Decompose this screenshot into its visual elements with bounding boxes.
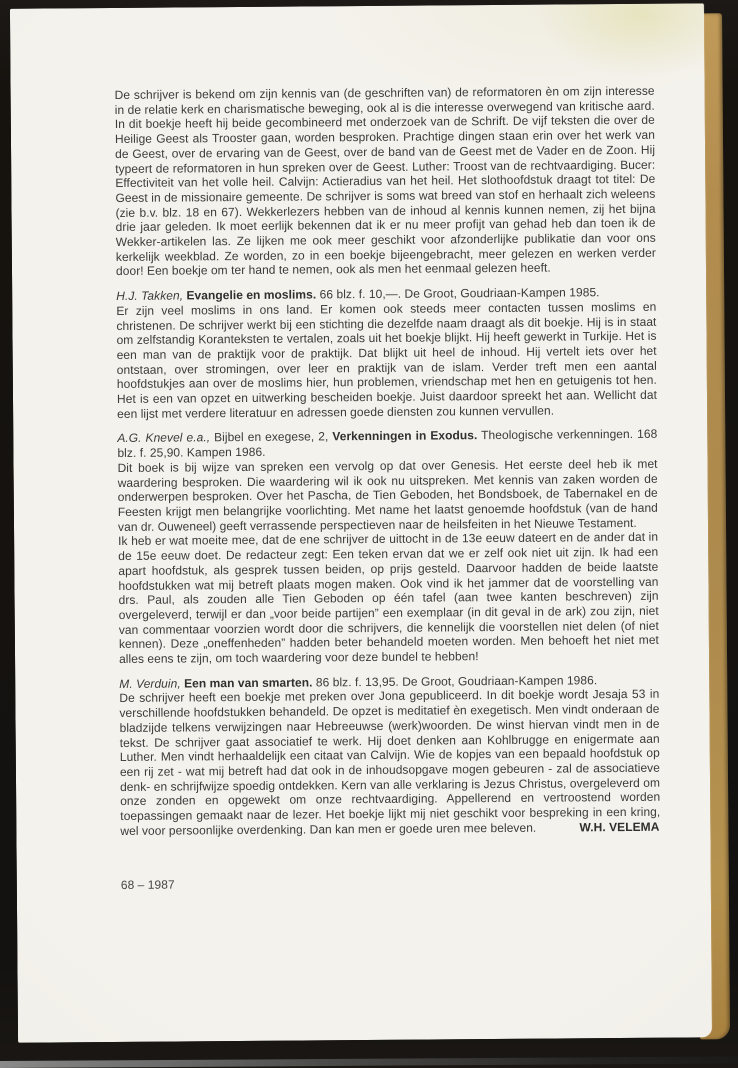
review-author: A.G. Knevel e.a., [117, 431, 210, 446]
review-header: A.G. Knevel e.a., Bijbel en exegese, 2, … [117, 427, 657, 461]
text-column: De schrijver is bekend om zijn kennis va… [115, 84, 661, 893]
review-author: M. Verduin, [119, 676, 181, 690]
book-page: De schrijver is bekend om zijn kennis va… [10, 3, 712, 1042]
photo-bottom-edge [0, 1056, 738, 1068]
review-book-title: Een man van smarten. [184, 675, 312, 690]
review-publication: 86 blz. f. 13,95. De Groot, Goudriaan-Ka… [316, 673, 597, 689]
review-author: H.J. Takken, [116, 289, 183, 304]
review-verduin: M. Verduin, Een man van smarten. 86 blz.… [119, 672, 660, 838]
page-number: 68 – 1987 [121, 874, 661, 893]
review-publication: 66 blz. f. 10,—. De Groot, Goudriaan-Kam… [320, 285, 600, 301]
review-series: Bijbel en exegese, 2, [214, 430, 328, 445]
review-takken: H.J. Takken, Evangelie en moslims. 66 bl… [116, 285, 657, 422]
book-page-wrap: De schrijver is bekend om zijn kennis va… [10, 3, 730, 1047]
review-paragraph: Er zijn veel moslims in ons land. Er kom… [116, 300, 657, 422]
review-paragraph: De schrijver heeft een boekje met preken… [119, 687, 660, 838]
review-book-title: Verkenningen in Exodus. [332, 429, 477, 444]
scanned-page-photo: De schrijver is bekend om zijn kennis va… [0, 0, 738, 1068]
review-paragraph: Dit boek is bij wijze van spreken een ve… [117, 457, 658, 535]
review-knevel: A.G. Knevel e.a., Bijbel en exegese, 2, … [117, 427, 659, 666]
intro-paragraph: De schrijver is bekend om zijn kennis va… [115, 84, 656, 279]
review-paragraph: Ik heb er wat moeite mee, dat de ene sch… [118, 530, 659, 667]
review-book-title: Evangelie en moslims. [186, 288, 316, 303]
